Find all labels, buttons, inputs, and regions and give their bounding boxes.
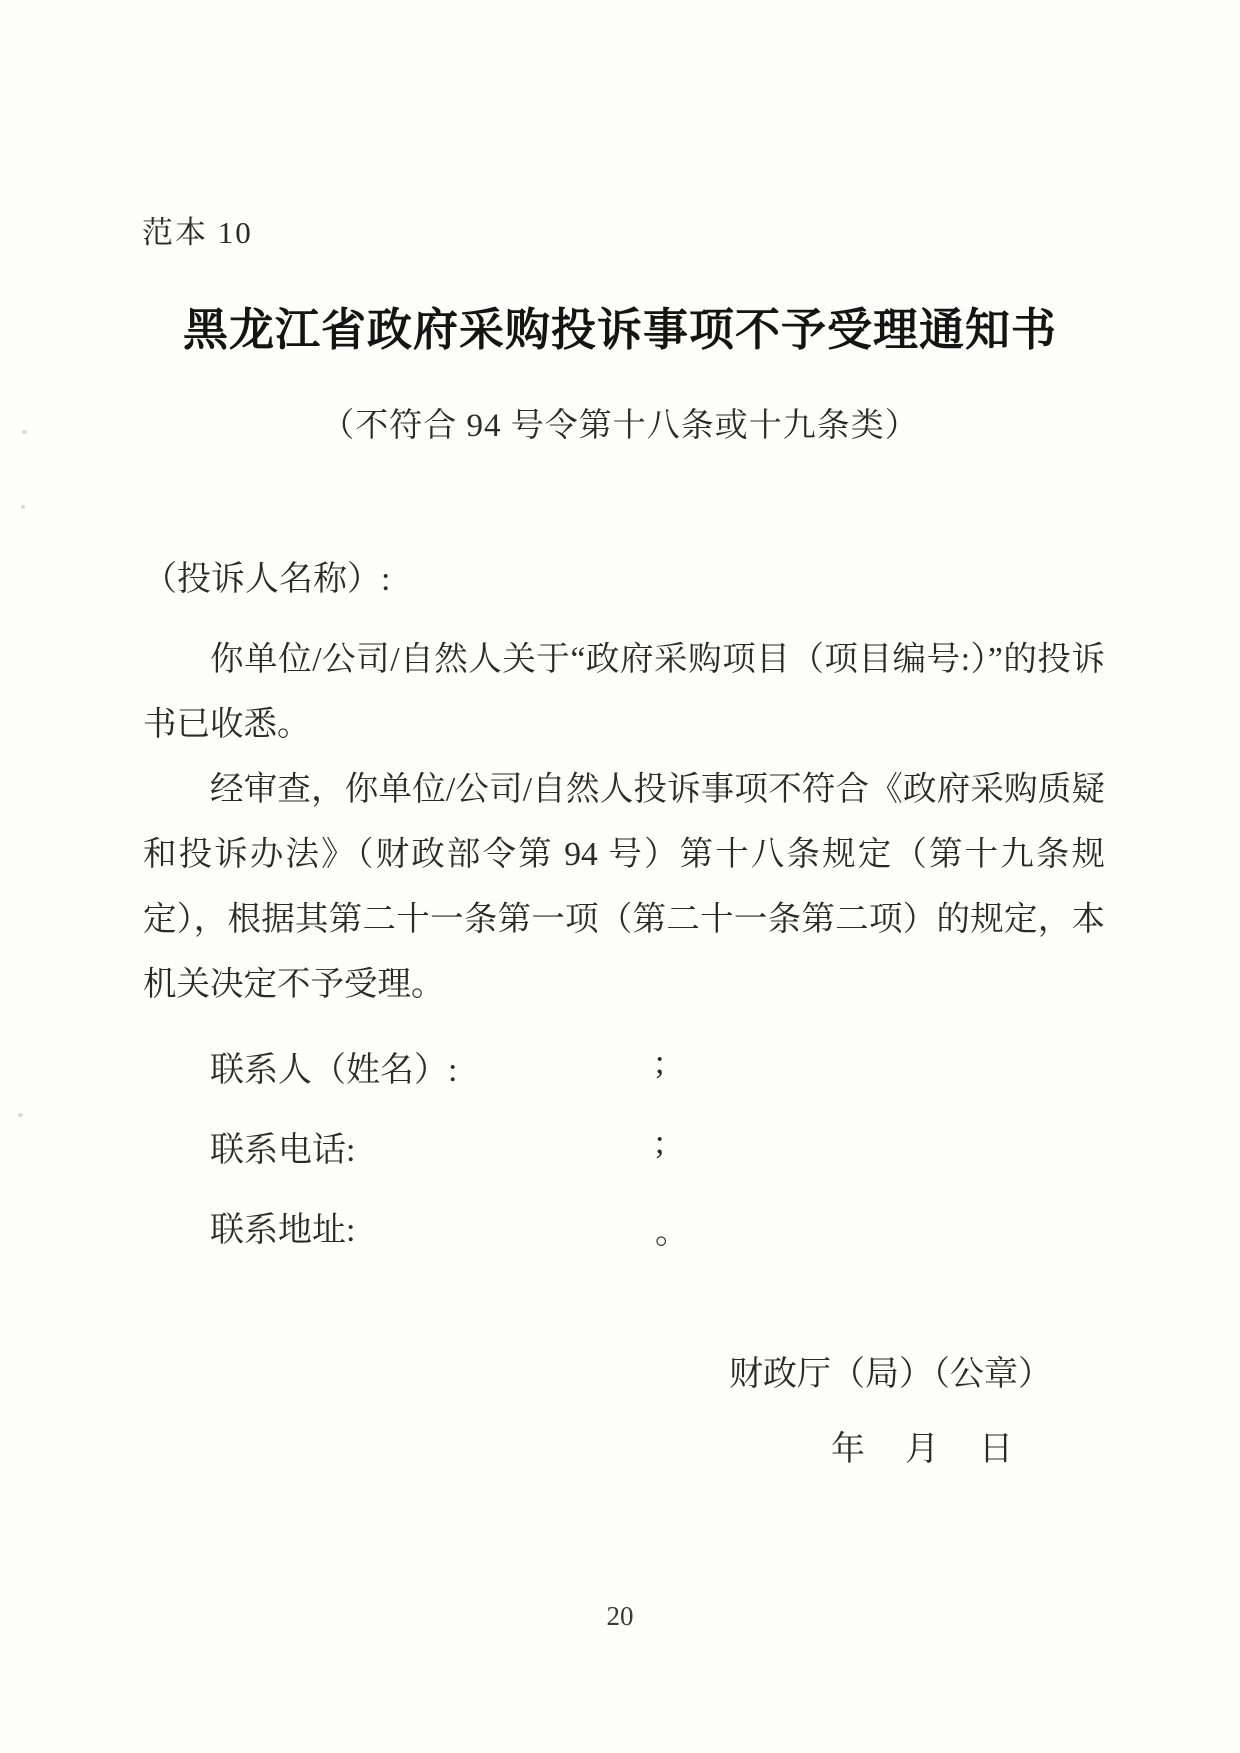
- document-subtitle: （不符合 94 号令第十八条或十九条类）: [0, 399, 1240, 446]
- scan-speck: [18, 1113, 23, 1117]
- contact-person-line: 联系人（姓名）: ;: [143, 1042, 1105, 1122]
- body-paragraph-decision: 经审查，你单位/公司/自然人投诉事项不符合《政府采购质疑和投诉办法》（财政部令第…: [143, 757, 1105, 1017]
- contact-phone-label: 联系电话:: [210, 1132, 355, 1169]
- body-paragraph-receipt: 你单位/公司/自然人关于“政府采购项目（项目编号:）”的投诉书已收悉。: [143, 627, 1105, 757]
- document-body: 你单位/公司/自然人关于“政府采购项目（项目编号:）”的投诉书已收悉。 经审查，…: [143, 627, 1105, 1017]
- contact-block: 联系人（姓名）: ; 联系电话: ; 联系地址: 。: [143, 1042, 1105, 1282]
- issuer-seal-line: 财政厅（局）（公章）: [0, 1346, 1240, 1395]
- signature-block: 财政厅（局）（公章） 年 月 日: [0, 1346, 1240, 1470]
- document-title: 黑龙江省政府采购投诉事项不予受理通知书: [0, 293, 1240, 358]
- contact-phone-line: 联系电话: ;: [143, 1122, 1105, 1202]
- contact-address-punctuation: 。: [655, 1204, 689, 1253]
- scan-speck: [21, 505, 25, 509]
- date-line: 年 月 日: [0, 1421, 1240, 1470]
- template-number-label: 范本 10: [142, 207, 253, 252]
- document-page: 范本 10 黑龙江省政府采购投诉事项不予受理通知书 （不符合 94 号令第十八条…: [0, 0, 1240, 1753]
- contact-address-line: 联系地址: 。: [143, 1202, 1105, 1282]
- complainant-name-line: （投诉人名称）:: [143, 551, 390, 600]
- contact-address-label: 联系地址:: [210, 1212, 355, 1249]
- contact-person-label: 联系人（姓名）:: [210, 1052, 457, 1089]
- contact-phone-punctuation: ;: [655, 1124, 664, 1162]
- contact-person-punctuation: ;: [655, 1044, 664, 1082]
- page-number: 20: [0, 1601, 1240, 1632]
